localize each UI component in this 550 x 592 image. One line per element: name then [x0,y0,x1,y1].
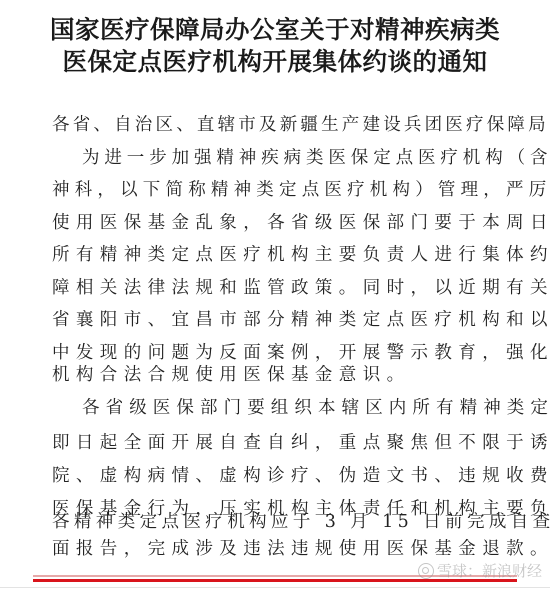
salutation: 各省、自治区、直辖市及新疆生产建设兵团医疗保障局： [52,110,492,140]
paragraph-line: 院、虚构病情、虚构诊疗、伪造文书、违规收费等违法违规使用 [52,461,492,491]
paragraph-line: 各精神类定点医疗机构应于 3 月 15 日前完成自查自纠，提交书 [52,507,492,537]
watermark-text: 雪球：新浪财经 [437,560,542,582]
paragraph-line: 即日起全面开展自查自纠，重点聚焦但不限于诱导住院、虚假住 [52,428,492,458]
watermark: 雪球：新浪财经 [418,560,542,582]
paragraph-line: 省襄阳市、宜昌市部分精神类定点医疗机构和以往医保飞行检查 [52,305,492,335]
paragraph-line: 各省级医保部门要组织本辖区内所有精神类定点医疗机构从 [82,393,522,423]
paragraph-line: 神科，以下简称精神类定点医疗机构）管理，严厉打击违法违规 [52,175,492,205]
paragraph-line: 障相关法律法规和监管政策。同时，以近期有关媒体曝光的湖北 [52,273,492,303]
paragraph-line: 所有精神类定点医疗机构主要负责人进行集体约谈，宣讲医疗保 [52,240,492,270]
paragraph-line: 为进一步加强精神疾病类医保定点医疗机构（含综合医院精 [82,143,522,173]
document-page: 国家医疗保障局办公室关于对精神疾病类 医保定点医疗机构开展集体约谈的通知 各省、… [0,0,550,592]
document-title-line-2: 医保定点医疗机构开展集体约谈的通知 [0,47,550,77]
paragraph-line: 机构合法合规使用医保基金意识。 [52,360,492,390]
document-title-line-1: 国家医疗保障局办公室关于对精神疾病类 [0,15,550,45]
paragraph-line: 使用医保基金乱象，各省级医保部门要于本周日前组织对辖区内 [52,208,492,238]
xueqiu-logo-icon [418,563,434,579]
bottom-divider [0,587,550,588]
